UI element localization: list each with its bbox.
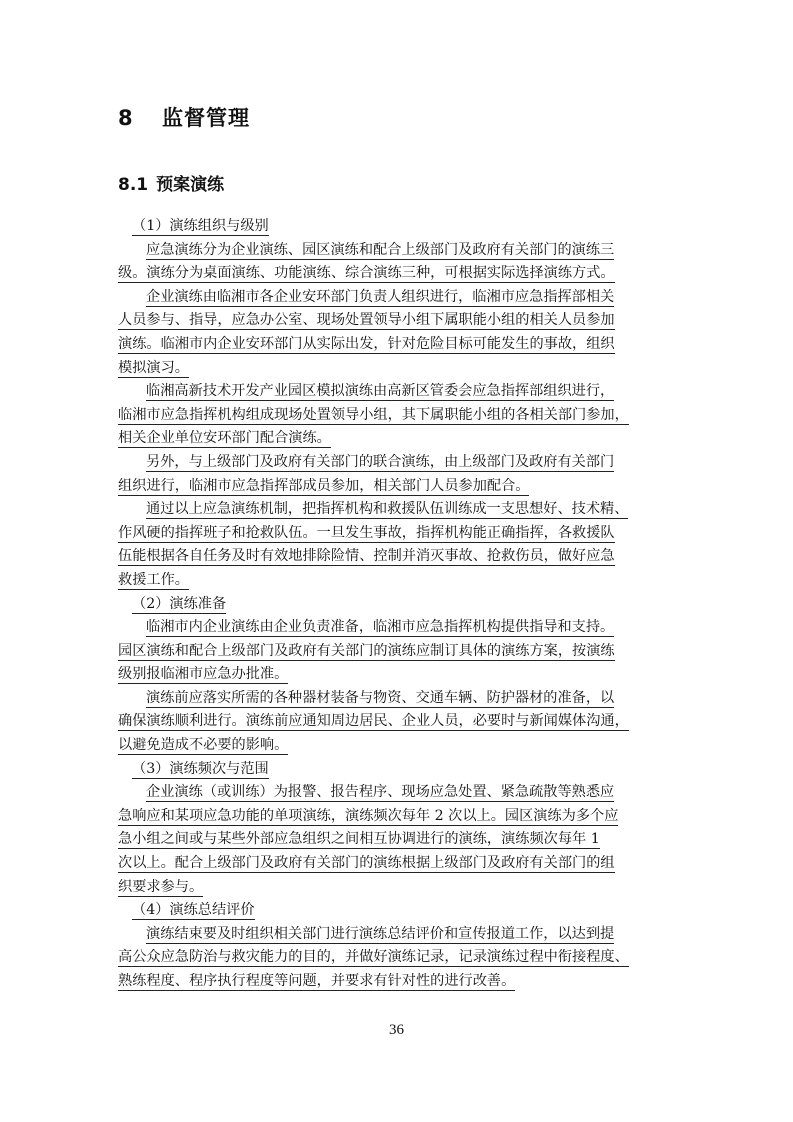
section-heading: 8.1预案演练 (118, 170, 224, 195)
text-line: 临湘市内企业演练由企业负责准备，临湘市应急指挥机构提供指导和支持。 (118, 616, 682, 640)
page-number: 36 (0, 1022, 793, 1039)
line-text: 级。演练分为桌面演练、功能演练、综合演练三种，可根据实际选择演练方式。 (118, 265, 615, 283)
line-text: 熟练程度、程序执行程度等问题，并要求有针对性的进行改善。 (118, 973, 515, 991)
chapter-heading: 8监督管理 (118, 102, 250, 132)
line-text: 园区演练和配合上级部门及政府有关部门的演练应制订具体的演练方案，按演练 (118, 643, 615, 661)
line-text: 另外，与上级部门及政府有关部门的联合演练，由上级部门及政府有关部门 (146, 454, 614, 472)
text-line: 救援工作。 (118, 569, 682, 593)
line-text: 次以上。配合上级部门及政府有关部门的演练根据上级部门及政府有关部门的组 (118, 855, 615, 873)
chapter-number: 8 (118, 106, 162, 130)
text-line: 级别报临湘市应急办批准。 (118, 663, 682, 687)
line-text: （3）演练频次与范围 (132, 761, 269, 779)
line-text: 组织进行，临湘市应急指挥部成员参加，相关部门人员参加配合。 (118, 478, 529, 496)
subsection-heading: （1）演练组织与级别 (118, 215, 682, 239)
text-line: 作风硬的指挥班子和抢救队伍。一旦发生事故，指挥机构能正确指挥，各救援队 (118, 522, 682, 546)
text-line: 级。演练分为桌面演练、功能演练、综合演练三种，可根据实际选择演练方式。 (118, 262, 682, 286)
section-title: 预案演练 (156, 175, 224, 195)
subsection-heading: （3）演练频次与范围 (118, 758, 682, 782)
line-text: 救援工作。 (118, 572, 189, 590)
text-line: 企业演练（或训练）为报警、报告程序、现场应急处置、紧急疏散等熟悉应 (118, 781, 682, 805)
line-text: 相关企业单位安环部门配合演练。 (118, 430, 331, 448)
text-line: 织要求参与。 (118, 876, 682, 900)
line-text: 以避免造成不必要的影响。 (118, 737, 288, 755)
text-line: 急响应和某项应急功能的单项演练，演练频次每年 2 次以上。园区演练为多个应 (118, 805, 682, 829)
line-text: 企业演练（或训练）为报警、报告程序、现场应急处置、紧急疏散等熟悉应 (146, 784, 614, 802)
text-line: 相关企业单位安环部门配合演练。 (118, 427, 682, 451)
text-line: 组织进行，临湘市应急指挥部成员参加，相关部门人员参加配合。 (118, 475, 682, 499)
line-text: 演练前应落实所需的各种器材装备与物资、交通车辆、防护器材的准备，以 (146, 690, 614, 708)
text-line: 伍能根据各自任务及时有效地排除险情、控制并消灭事故、抢救伤员，做好应急 (118, 545, 682, 569)
line-text: 演练。临湘市内企业安环部门从实际出发，针对危险目标可能发生的事故，组织 (118, 336, 615, 354)
section-number: 8.1 (118, 175, 148, 195)
line-text: 临湘市内企业演练由企业负责准备，临湘市应急指挥机构提供指导和支持。 (146, 619, 614, 637)
line-text: 模拟演习。 (118, 360, 189, 378)
line-text: 伍能根据各自任务及时有效地排除险情、控制并消灭事故、抢救伤员，做好应急 (118, 548, 615, 566)
subsection-heading: （2）演练准备 (118, 593, 682, 617)
text-line: 高公众应急防治与救灾能力的目的，并做好演练记录，记录演练过程中衔接程度、 (118, 946, 682, 970)
text-line: 演练前应落实所需的各种器材装备与物资、交通车辆、防护器材的准备，以 (118, 687, 682, 711)
line-text: 确保演练顺利进行。演练前应通知周边居民、企业人员，必要时与新闻媒体沟通， (118, 713, 629, 731)
text-line: 通过以上应急演练机制，把指挥机构和救援队伍训练成一支思想好、技术精、 (118, 498, 682, 522)
text-line: 急小组之间或与某些外部应急组织之间相互协调进行的演练，演练频次每年 1 (118, 828, 682, 852)
line-text: （1）演练组织与级别 (132, 218, 269, 236)
text-line: 以避免造成不必要的影响。 (118, 734, 682, 758)
line-text: 通过以上应急演练机制，把指挥机构和救援队伍训练成一支思想好、技术精、 (146, 501, 628, 519)
text-line: 演练。临湘市内企业安环部门从实际出发，针对危险目标可能发生的事故，组织 (118, 333, 682, 357)
text-line: 模拟演习。 (118, 357, 682, 381)
text-line: 临湘市应急指挥机构组成现场处置领导小组，其下属职能小组的各相关部门参加， (118, 404, 682, 428)
text-line: 园区演练和配合上级部门及政府有关部门的演练应制订具体的演练方案，按演练 (118, 640, 682, 664)
subsection-heading: （4）演练总结评价 (118, 899, 682, 923)
line-text: 级别报临湘市应急办批准。 (118, 666, 288, 684)
line-text: 急小组之间或与某些外部应急组织之间相互协调进行的演练，演练频次每年 1 (118, 831, 600, 849)
text-line: 另外，与上级部门及政府有关部门的联合演练，由上级部门及政府有关部门 (118, 451, 682, 475)
text-line: 临湘高新技术开发产业园区模拟演练由高新区管委会应急指挥部组织进行， (118, 380, 682, 404)
line-text: 人员参与、指导，应急办公室、现场处置领导小组下属职能小组的相关人员参加 (118, 312, 615, 330)
document-page: 8监督管理 8.1预案演练 （1）演练组织与级别应急演练分为企业演练、园区演练和… (0, 0, 793, 1122)
body-text: （1）演练组织与级别应急演练分为企业演练、园区演练和配合上级部门及政府有关部门的… (118, 215, 682, 994)
line-text: （4）演练总结评价 (132, 902, 255, 920)
line-text: 临湘高新技术开发产业园区模拟演练由高新区管委会应急指挥部组织进行， (146, 383, 614, 401)
text-line: 次以上。配合上级部门及政府有关部门的演练根据上级部门及政府有关部门的组 (118, 852, 682, 876)
text-line: 人员参与、指导，应急办公室、现场处置领导小组下属职能小组的相关人员参加 (118, 309, 682, 333)
text-line: 企业演练由临湘市各企业安环部门负责人组织进行，临湘市应急指挥部相关 (118, 286, 682, 310)
line-text: 高公众应急防治与救灾能力的目的，并做好演练记录，记录演练过程中衔接程度、 (118, 949, 629, 967)
line-text: 演练结束要及时组织相关部门进行演练总结评价和宣传报道工作，以达到提 (146, 926, 614, 944)
text-line: 演练结束要及时组织相关部门进行演练总结评价和宣传报道工作，以达到提 (118, 923, 682, 947)
text-line: 应急演练分为企业演练、园区演练和配合上级部门及政府有关部门的演练三 (118, 239, 682, 263)
text-line: 确保演练顺利进行。演练前应通知周边居民、企业人员，必要时与新闻媒体沟通， (118, 710, 682, 734)
line-text: 企业演练由临湘市各企业安环部门负责人组织进行，临湘市应急指挥部相关 (146, 289, 614, 307)
line-text: 作风硬的指挥班子和抢救队伍。一旦发生事故，指挥机构能正确指挥，各救援队 (118, 525, 615, 543)
line-text: 织要求参与。 (118, 879, 203, 897)
chapter-title: 监督管理 (162, 106, 250, 130)
line-text: 急响应和某项应急功能的单项演练，演练频次每年 2 次以上。园区演练为多个应 (118, 808, 618, 826)
line-text: 临湘市应急指挥机构组成现场处置领导小组，其下属职能小组的各相关部门参加， (118, 407, 629, 425)
text-line: 熟练程度、程序执行程度等问题，并要求有针对性的进行改善。 (118, 970, 682, 994)
line-text: 应急演练分为企业演练、园区演练和配合上级部门及政府有关部门的演练三 (146, 242, 614, 260)
line-text: （2）演练准备 (132, 596, 226, 614)
